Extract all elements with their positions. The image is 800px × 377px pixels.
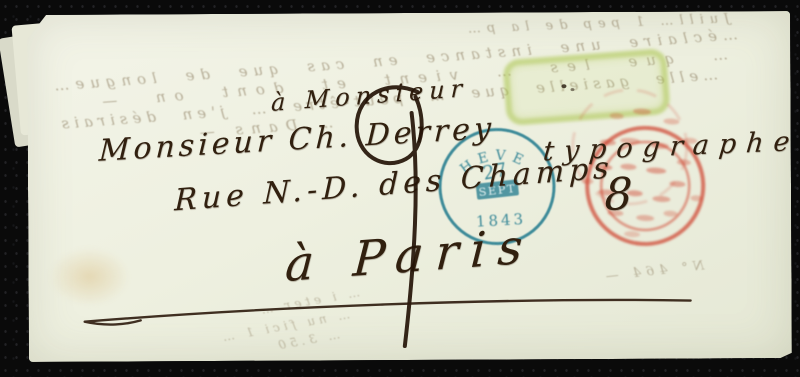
ink-flourishes — [27, 11, 792, 362]
scan-background: Juill… 1 pep de la p… …éclaire une insta… — [0, 0, 800, 377]
underline-flourish — [85, 300, 691, 325]
tax-mark-9 — [356, 87, 422, 346]
letter-cover: Juill… 1 pep de la p… …éclaire une insta… — [27, 11, 792, 362]
